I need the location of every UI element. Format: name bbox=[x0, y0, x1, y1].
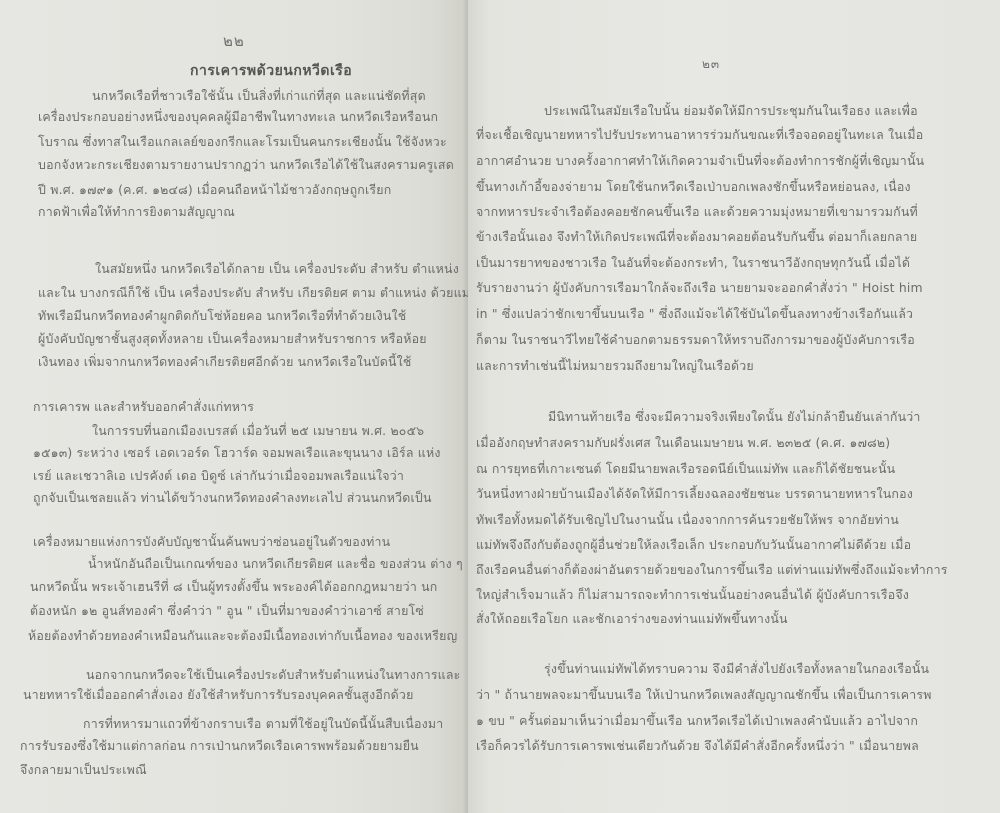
text-line: ทัพเรือมีนกหวีดทองคำผูกติดกับโซ่ห้อยคอ น… bbox=[38, 307, 468, 325]
text-line: ข้างเรือนั้นเอง จึงทำให้เกิดประเพณีที่จะ… bbox=[476, 228, 917, 246]
chapter-title: การเคารพด้วยนกหวีดเรือ bbox=[190, 60, 352, 82]
text-line: รับรายงานว่า ผู้บังคับการเรือมาใกล้จะถึง… bbox=[476, 279, 923, 297]
text-line: เป็นมารยาทของชาวเรือ ในอันที่จะต้องกระทำ… bbox=[476, 254, 910, 272]
text-line: ประเพณีในสมัยเรือใบนั้น ย่อมจัดให้มีการป… bbox=[544, 102, 918, 120]
text-line: ๑ ขบ " ครั้นต่อมาเห็นว่าเมื่อมาขึ้นเรือ … bbox=[476, 712, 918, 730]
text-line: มีนิทานท้ายเรือ ซึ่งจะมีความจริงเพียงใดน… bbox=[548, 408, 921, 426]
text-line: ปี พ.ศ. ๑๗๙๑ (ค.ศ. ๑๒๔๘) เมื่อคนถือหน้าไ… bbox=[38, 181, 468, 199]
text-line: บอกจังหวะกระเชียงตามรายงานปรากฏว่า นกหวี… bbox=[38, 156, 468, 174]
text-line: โบราณ ซึ่งทาสในเรือแกลเลย์ของกรีกและโรมเ… bbox=[38, 133, 468, 151]
text-line: ๑๕๑๓) ระหว่าง เซอร์ เอดเวอร์ด โฮวาร์ด จอ… bbox=[33, 444, 468, 462]
text-line: จากทหารประจำเรือต้องคอยชักคนขึ้นเรือ และ… bbox=[476, 203, 918, 221]
text-line: นอกจากนกหวีดจะใช้เป็นเครื่องประดับสำหรับ… bbox=[86, 666, 468, 684]
text-line: ต้องหนัก ๑๒ อูนส์ทองคำ ซึ่งคำว่า " อูน "… bbox=[30, 602, 468, 620]
right-page: ๒๓ ประเพณีในสมัยเรือใบนั้น ย่อมจัดให้มีก… bbox=[468, 0, 1000, 813]
text-line: ผู้บังคับบัญชาชั้นสูงสุดทั้งหลาย เป็นเคร… bbox=[38, 330, 468, 348]
text-line: เรย์ และเชวาลิเอ เปรคังต์ เดอ บิดูซ์ เล่… bbox=[33, 467, 468, 485]
text-line: ถูกจับเป็นเชลยแล้ว ท่านได้ขว้างนกหวีดทอง… bbox=[33, 489, 468, 507]
page-number-right: ๒๓ bbox=[702, 55, 720, 74]
text-line: น้ำหนักอันถือเป็นเกณฑ์ของ นกหวีดเกียรติย… bbox=[88, 555, 468, 573]
text-line: ห้อยต้องทำด้วยทองคำเหมือนกันและจะต้องมีเ… bbox=[28, 627, 468, 645]
text-line: นกหวีดนั้น พระเจ้าเฮนรีที่ ๘ เป็นผู้ทรงต… bbox=[30, 578, 468, 596]
text-line: เครื่องประกอบอย่างหนึ่งของบุคคลผู้มีอาชี… bbox=[38, 108, 468, 126]
text-line: ใหญ่สำเร็จมาแล้ว ก็ไม่สามารถจะทำการเช่นน… bbox=[476, 586, 909, 604]
text-line: ก็ตาม ในราชนาวีไทยใช้คำบอกตามธรรมดาให้ทร… bbox=[476, 331, 915, 349]
text-line: การที่ทหารมาแถวที่ข้างกราบเรือ ตามที่ใช้… bbox=[83, 715, 468, 733]
text-line: รุ่งขึ้นท่านแม่ทัพได้ทราบความ จึงมีคำสั่… bbox=[544, 660, 929, 678]
text-line: ว่า " ถ้านายพลจะมาขึ้นบนเรือ ให้เป่านกหว… bbox=[476, 686, 932, 704]
book-spread: ๒๒ การเคารพด้วยนกหวีดเรือ นกหวีดเรือที่ช… bbox=[0, 0, 1000, 813]
page-number-left: ๒๒ bbox=[223, 29, 245, 53]
text-line: ในการรบที่นอกเมืองเบรสต์ เมื่อวันที่ ๒๕ … bbox=[92, 422, 468, 440]
left-page: ๒๒ การเคารพด้วยนกหวีดเรือ นกหวีดเรือที่ช… bbox=[0, 0, 468, 813]
text-line: สั่งให้ถอยเรือโยก และชักเอาร่างของท่านแม… bbox=[476, 610, 788, 628]
text-line: ทัพเรือทั้งหมดได้รับเชิญไปในงานนั้น เนื่… bbox=[476, 511, 899, 529]
text-line: อากาศอำนวย บางครั้งอากาศทำให้เกิดความจำเ… bbox=[476, 152, 924, 170]
text-line: และการทำเช่นนี้ไม่หมายรวมถึงยามใหญ่ในเรื… bbox=[476, 357, 754, 375]
text-line: การรับรองซึ่งใช้มาแต่กาลก่อน การเป่านกหว… bbox=[20, 737, 468, 755]
text-line: ขึ้นทางเก้าอี้ของจ่ายาม โดยใช้นกหวีดเรือ… bbox=[476, 178, 911, 196]
text-line: นายทหารใช้เมื่อออกคำสั่งเอง ยังใช้สำหรับ… bbox=[23, 686, 468, 704]
text-line: เรือก็ควรได้รับการเคารพเช่นเดียวกันด้วย … bbox=[476, 737, 919, 755]
text-line: in " ซึ่งแปลว่าชักเขาขึ้นบนเรือ " ซึ่งถึ… bbox=[476, 305, 913, 323]
text-line: วันหนึ่งทางฝ่ายบ้านเมืองได้จัดให้มีการเล… bbox=[476, 485, 913, 503]
text-line: จึงกลายมาเป็นประเพณี bbox=[20, 761, 468, 779]
text-line: ถึงเรือคนอื่นต่างก็ต้องผ่าอันตรายด้วยของ… bbox=[476, 561, 948, 579]
text-line: เมื่ออังกฤษทำสงครามกับฝรั่งเศส ในเดือนเม… bbox=[476, 434, 890, 452]
text-line: และใน บางกรณีก็ใช้ เป็น เครื่องประดับ สำ… bbox=[38, 284, 468, 302]
text-line: กาดฟ้าเพื่อให้ทำการยิงตามสัญญาณ bbox=[38, 203, 468, 221]
text-line: ที่จะเชื้อเชิญนายทหารไปรับประทานอาหารร่ว… bbox=[476, 126, 923, 144]
text-line: การเคารพ และสำหรับออกคำสั่งแก่ทหาร bbox=[33, 398, 468, 416]
text-line: แม่ทัพจึงถึงกับต้องถูกผู้อื่นช่วยให้ลงเร… bbox=[476, 536, 911, 554]
text-line: เครื่องหมายแห่งการบังคับบัญชานั้นค้นพบว่… bbox=[33, 533, 468, 551]
text-line: นกหวีดเรือที่ชาวเรือใช้นั้น เป็นสิ่งที่เ… bbox=[92, 87, 468, 105]
text-line: ในสมัยหนึ่ง นกหวีดเรือได้กลาย เป็น เครื่… bbox=[95, 260, 468, 278]
text-line: ณ การยุทธที่เกาะเซนต์ โดยมีนายพลเรือรอดน… bbox=[476, 460, 895, 478]
text-line: เงินทอง เพิ่มจากนกหวีดทองคำเกียรติยศอีกด… bbox=[38, 353, 468, 371]
